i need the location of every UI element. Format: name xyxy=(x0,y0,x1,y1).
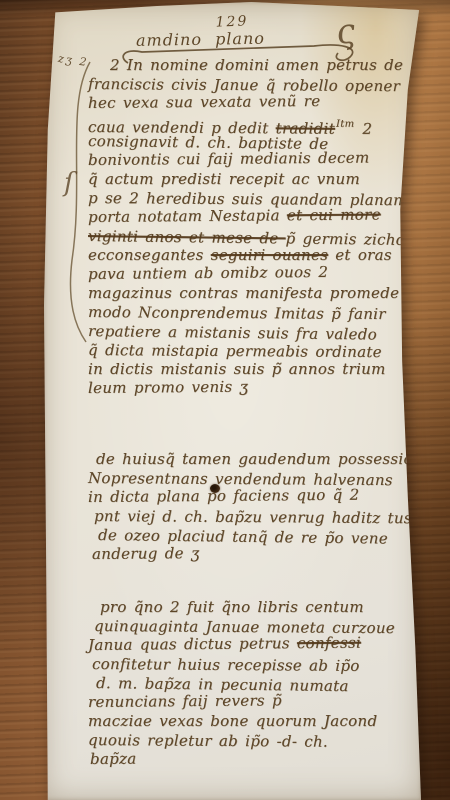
manuscript-line: pnt viej d. ch. bap̃zu venrug haditz tus xyxy=(94,507,404,528)
manuscript-line: in dicta plana p̃o faciens quo q̃ 2 xyxy=(88,485,404,507)
manuscript-text-segment: p̃ germis zichoze xyxy=(285,229,422,249)
manuscript-text-segment: anderug de ʒ xyxy=(92,544,200,563)
manuscript-line: confitetur huius recepisse ab ip̃o xyxy=(92,655,404,676)
manuscript-line: de huiusq̃ tamen gaudendum possessio xyxy=(96,450,404,469)
manuscript-line: macziae vexas bone quorum Jacond xyxy=(88,712,404,731)
manuscript-text-segment: pava untiem ab omibz ouos 2 xyxy=(88,263,328,283)
manuscript-text-segment: macziae vexas bone quorum Jacond xyxy=(88,712,377,730)
manuscript-text-segment: bap̃za xyxy=(90,750,137,768)
manuscript-line: hec vexa sua vexata venũ re xyxy=(88,91,404,113)
manuscript-line: porta notatam Nestapia et cui more xyxy=(88,205,404,227)
manuscript-text-segment: porta notatam Nestapia xyxy=(88,206,287,226)
manuscript-text-segment: in dictis mistanis suis p̃ annos trium xyxy=(88,360,386,378)
manuscript-text-segment: renuncians faij revers p̃ xyxy=(88,691,282,711)
manuscript-line: modo Nconprendemus Imitas p̃ fanir xyxy=(88,303,404,324)
manuscript-line: leum promo venis ʒ xyxy=(88,376,404,398)
manuscript-line: anderug de ʒ xyxy=(92,542,404,564)
manuscript-text-segment: ecconsegantes xyxy=(88,246,211,264)
paper-shadow-wrap: 129 amdino plano ς zʒ 2 ſ 2 In nomine do… xyxy=(0,0,450,800)
manuscript-line: 2 In nomine domini amen petrus de xyxy=(110,56,404,75)
manuscript-text-segment: confessi xyxy=(297,634,361,653)
manuscript-line: pro q̃no 2 fuit q̃no libris centum xyxy=(100,598,404,617)
manuscript-text-segment: et cui more xyxy=(287,205,381,224)
manuscript-page: 129 amdino plano ς zʒ 2 ſ 2 In nomine do… xyxy=(44,2,421,800)
manuscript-line: q̃ dicta mistapia permeabis ordinate xyxy=(88,341,404,362)
manuscript-line: pava untiem ab omibz ouos 2 xyxy=(88,262,404,284)
manuscript-text-segment: viginti anos et mese de xyxy=(88,227,286,247)
manuscript-text-segment: 2 In nomine domini amen petrus de xyxy=(110,56,403,74)
manuscript-body: 2 In nomine domini amen petrus defrancis… xyxy=(88,56,404,769)
manuscript-text-segment: modo Nconprendemus Imitas p̃ fanir xyxy=(88,303,386,323)
insertion-note: Itm xyxy=(336,119,354,130)
manuscript-text-segment: q̃ actum predisti recepit ac vnum xyxy=(88,170,360,188)
manuscript-paragraph: de huiusq̃ tamen gaudendum possessioNopr… xyxy=(88,450,404,564)
manuscript-text-segment: bonivontis cui faij medianis decem xyxy=(88,149,370,169)
manuscript-text-segment: in dicta plana p̃o faciens quo q̃ 2 xyxy=(88,486,360,506)
wormhole-in-paper xyxy=(210,484,220,493)
manuscript-line: Janua quas dictus petrus confessi xyxy=(88,633,404,655)
manuscript-text-segment: q̃ dicta mistapia permeabis ordinate xyxy=(88,341,382,361)
manuscript-line: viginti anos et mese de p̃ germis zichoz… xyxy=(88,227,404,250)
manuscript-paragraph: 2 In nomine domini amen petrus defrancis… xyxy=(88,56,404,398)
manuscript-line: caua vendendi p dedit tradiditItm 2 xyxy=(88,113,404,134)
manuscript-text-segment: hec vexa sua vexata venũ re xyxy=(88,92,321,112)
manuscript-line: bap̃za xyxy=(90,747,404,769)
manuscript-text-segment: confitetur huius recepisse ab ip̃o xyxy=(92,655,360,675)
manuscript-text-segment: de huiusq̃ tamen gaudendum possessio xyxy=(96,450,413,468)
manuscript-text-segment: leum promo venis ʒ xyxy=(88,378,248,397)
manuscript-photo: 129 amdino plano ς zʒ 2 ſ 2 In nomine do… xyxy=(0,0,450,800)
manuscript-text-segment: magazinus contras manifesta promede xyxy=(88,284,399,302)
manuscript-text-segment: pnt viej d. ch. bap̃zu venrug haditz tus xyxy=(94,507,412,527)
manuscript-text-segment: Janua quas dictus petrus xyxy=(88,634,297,654)
manuscript-text-segment: pro q̃no 2 fuit q̃no libris centum xyxy=(100,598,364,616)
manuscript-line: renuncians faij revers p̃ xyxy=(88,690,404,712)
manuscript-text-segment: repatiere a mistanis suis fra valedo xyxy=(88,322,377,344)
manuscript-line: bonivontis cui faij medianis decem xyxy=(88,148,404,170)
manuscript-paragraph: pro q̃no 2 fuit q̃no libris centumquinqu… xyxy=(88,598,404,769)
manuscript-line: magazinus contras manifesta promede xyxy=(88,284,404,303)
marginal-bracket-mark: ſ xyxy=(64,168,74,198)
manuscript-line: q̃ actum predisti recepit ac vnum xyxy=(88,170,404,189)
